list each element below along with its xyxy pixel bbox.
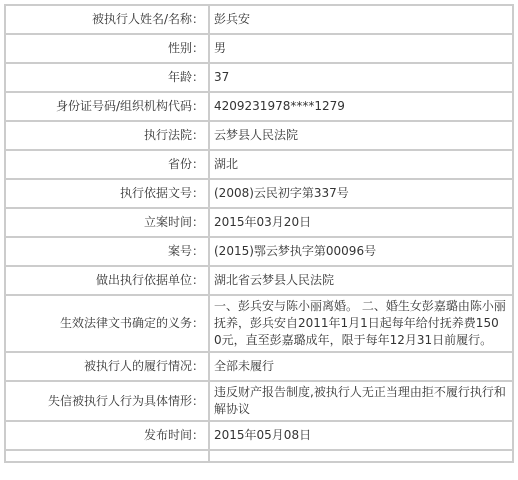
field-label: 失信被执行人行为具体情形：	[5, 381, 209, 421]
field-value-gender: 男	[209, 34, 513, 63]
field-value-age: 37	[209, 63, 513, 92]
field-value-empty	[209, 450, 513, 462]
table-row-dishonest-behavior: 失信被执行人行为具体情形： 违反财产报告制度,被执行人无正当理由拒不履行执行和解…	[5, 381, 513, 421]
field-label: 案号：	[5, 237, 209, 266]
field-label: 被执行人的履行情况：	[5, 352, 209, 381]
field-label: 立案时间：	[5, 208, 209, 237]
dishonest-debtor-record: 被执行人姓名/名称： 彭兵安 性别： 男 年龄： 37 身份证号码/组织机构代码…	[4, 4, 514, 463]
field-value-publish-date: 2015年05月08日	[209, 421, 513, 450]
table-row-age: 年龄： 37	[5, 63, 513, 92]
field-label: 被执行人姓名/名称：	[5, 5, 209, 34]
table-row-truncated	[5, 450, 513, 462]
field-label: 身份证号码/组织机构代码：	[5, 92, 209, 121]
field-label-empty	[5, 450, 209, 462]
table-row-name: 被执行人姓名/名称： 彭兵安	[5, 5, 513, 34]
field-label: 做出执行依据单位：	[5, 266, 209, 295]
table-row-filing-date: 立案时间： 2015年03月20日	[5, 208, 513, 237]
table-row-basis-doc-number: 执行依据文号： (2008)云民初字第337号	[5, 179, 513, 208]
record-table: 被执行人姓名/名称： 彭兵安 性别： 男 年龄： 37 身份证号码/组织机构代码…	[4, 4, 514, 463]
field-value-issuing-unit: 湖北省云梦县人民法院	[209, 266, 513, 295]
field-label: 省份：	[5, 150, 209, 179]
field-label: 发布时间：	[5, 421, 209, 450]
table-row-province: 省份： 湖北	[5, 150, 513, 179]
table-row-gender: 性别： 男	[5, 34, 513, 63]
field-label: 执行依据文号：	[5, 179, 209, 208]
field-value-case-number: (2015)鄂云梦执字第00096号	[209, 237, 513, 266]
field-label: 执行法院：	[5, 121, 209, 150]
field-value-basis-doc-number: (2008)云民初字第337号	[209, 179, 513, 208]
field-label: 生效法律文书确定的义务：	[5, 295, 209, 352]
field-value-obligation: 一、彭兵安与陈小丽离婚。 二、婚生女彭嘉璐由陈小丽抚养，彭兵安自2011年1月1…	[209, 295, 513, 352]
table-row-case-number: 案号： (2015)鄂云梦执字第00096号	[5, 237, 513, 266]
field-value-province: 湖北	[209, 150, 513, 179]
field-value-performance: 全部未履行	[209, 352, 513, 381]
table-row-id-number: 身份证号码/组织机构代码： 4209231978****1279	[5, 92, 513, 121]
field-value-name: 彭兵安	[209, 5, 513, 34]
field-label: 年龄：	[5, 63, 209, 92]
table-row-issuing-unit: 做出执行依据单位： 湖北省云梦县人民法院	[5, 266, 513, 295]
field-value-dishonest-behavior: 违反财产报告制度,被执行人无正当理由拒不履行执行和解协议	[209, 381, 513, 421]
field-value-court: 云梦县人民法院	[209, 121, 513, 150]
field-value-id-number: 4209231978****1279	[209, 92, 513, 121]
field-value-filing-date: 2015年03月20日	[209, 208, 513, 237]
table-row-performance: 被执行人的履行情况： 全部未履行	[5, 352, 513, 381]
field-label: 性别：	[5, 34, 209, 63]
table-row-publish-date: 发布时间： 2015年05月08日	[5, 421, 513, 450]
table-row-court: 执行法院： 云梦县人民法院	[5, 121, 513, 150]
table-row-obligation: 生效法律文书确定的义务： 一、彭兵安与陈小丽离婚。 二、婚生女彭嘉璐由陈小丽抚养…	[5, 295, 513, 352]
